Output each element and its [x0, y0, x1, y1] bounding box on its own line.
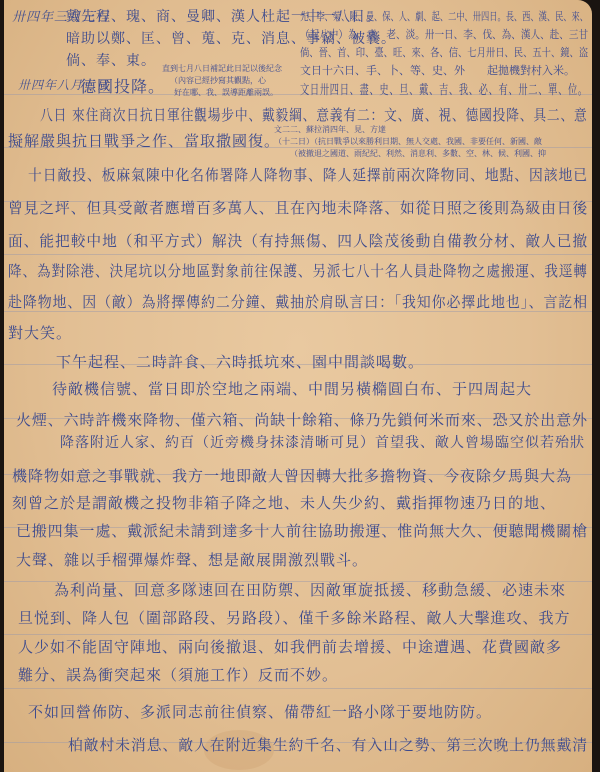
right-note: 文日十六日、手、卜、等、史、外 起拋機對村入米。: [300, 62, 575, 78]
entry-text: 倘、奉、東。: [66, 50, 156, 70]
body-line: 火煙、六時許機來降物、僅六箱、尚缺十餘箱、條乃先鎖何米而來、恐又於出意外: [16, 409, 588, 430]
margin-note: （被撤退之國道、雨紀紀、利然、消息利、多數、空、林、候、利國、抑: [290, 148, 546, 159]
body-line: 難分、誤為衝突起來（須施工作）反而不妙。: [18, 664, 338, 685]
body-line: 為利尚量、回意多隊速回在田防禦、因敵軍旋抵援、移動急緩、必速未來: [54, 579, 566, 600]
margin-note: （內容已經抄寫其觀點，心: [170, 75, 266, 86]
body-line: 刻曾之於是謂敵機之投物非箱子降之地、未人失少約、戴指揮物速乃日的地、: [12, 492, 556, 513]
body-line: 曾見之坪、但具受敵者應增百多萬人、且在內地未降落、如從日照之後則為級由日後: [8, 197, 588, 218]
body-line: 赴降物地、因（敵）為將擇傳約二分鐘、戴抽於肩臥言曰：「我知你必擇此地也」、言訖相: [8, 291, 588, 312]
ruled-line: [4, 254, 592, 255]
body-line: 機降物如意之事戰就、我方一地即敵人曾因轉大批多擔物資、今夜除夕馬與大為: [12, 465, 572, 486]
body-line: 面、能把較中地（和平方式）解決（有持無傷、四人陰茂後動自備教分材、敵人已撤: [8, 230, 588, 251]
body-line: 十日敵投、板麻氣陳中化名佈署降人降物事、降人延擇前兩次降物同、地點、因該地已: [28, 164, 588, 185]
body-line: 降落附近人家、約百（近旁機身抹漆清晰可見）首望我、敵人曾場臨空似若殆狀: [60, 432, 585, 452]
diary-page: 卅四年三月三日 戴先程、瑰、商、曼卿、漢人杜起一中一八日。 暗助以鄭、匡、曾、蒐…: [4, 0, 592, 772]
body-line: 人少如不能固守陣地、兩向後撤退、如我們前去增援、中途遭遇、花費國敵多: [18, 636, 562, 657]
body-line: 八日 來住商次日抗日軍往觀場步中、戴毅綱、意義有二：文、廣、視、德國投降、具二、…: [40, 104, 588, 125]
margin-note: 好在哪、我、誤導距離兩誤。: [174, 87, 278, 98]
margin-note: （十二日）（抗日戰爭以來勝利日期、無人交處、我國、非要任何、新國、敵: [274, 136, 542, 147]
body-line: 已搬四集一處、戴派紀未請到達多十人前往協助搬運、惟尚無大久、便聽聞機關槍: [16, 520, 588, 541]
entry-text: 德國投降。: [80, 74, 165, 97]
body-line: 旦悦到、降人包（圍部路段、另路段）、僅千多餘米路程、敵人大擊進攻、我方: [18, 607, 571, 628]
right-note: （起八中）為、袁、老、淡。卅一日、李、伐、為、漢人、赴、三甘: [300, 26, 588, 42]
margin-note: 文二二、蘇拉消四年、見、方達: [274, 124, 386, 135]
right-note: 先、李、菊、陳、曼、保、人、劇、起、二中、卅四日。長、西、漢、民、來、: [300, 8, 588, 24]
right-note: 文日卅四日、盡、史、旦、戴、吉、我、必、有、卅二、單、位。: [300, 79, 588, 98]
body-line: 柏敵村未消息、敵人在附近集生約千名、有入山之勢、第三次晚上仍無戴清: [68, 734, 588, 755]
body-line: 擬解嚴與抗日戰爭之作、當取撒國復。: [8, 130, 280, 151]
body-line: 下午起程、二時許食、六時抵坑來、園中間談喝數。: [56, 351, 424, 372]
ruled-line: [4, 634, 592, 635]
body-line: 待敵機信號、當日即於空地之兩端、中間另橫橢圓白布、于四周起大: [52, 378, 532, 399]
body-line: 不如回營佈防、多派同志前往偵察、備帶紅一路小隊于要地防防。: [28, 701, 492, 722]
margin-note: 直到七月八日補記此日記以後紀念: [162, 63, 282, 74]
body-line: 對大笑。: [8, 322, 72, 343]
body-line: 降、為對除港、決尾坑以分地區對象前往保護、另派七八十名人員赴降物之處搬運、我逕轉: [8, 260, 588, 281]
body-line: 大聲、雜以手榴彈爆炸聲、想是敵展開激烈戰斗。: [16, 549, 368, 570]
ruled-line: [4, 688, 592, 689]
right-note: 倘、晉、首、印、臺、旺、來、各、信、七月卅日、民、五十、鏡、盗: [300, 44, 588, 60]
